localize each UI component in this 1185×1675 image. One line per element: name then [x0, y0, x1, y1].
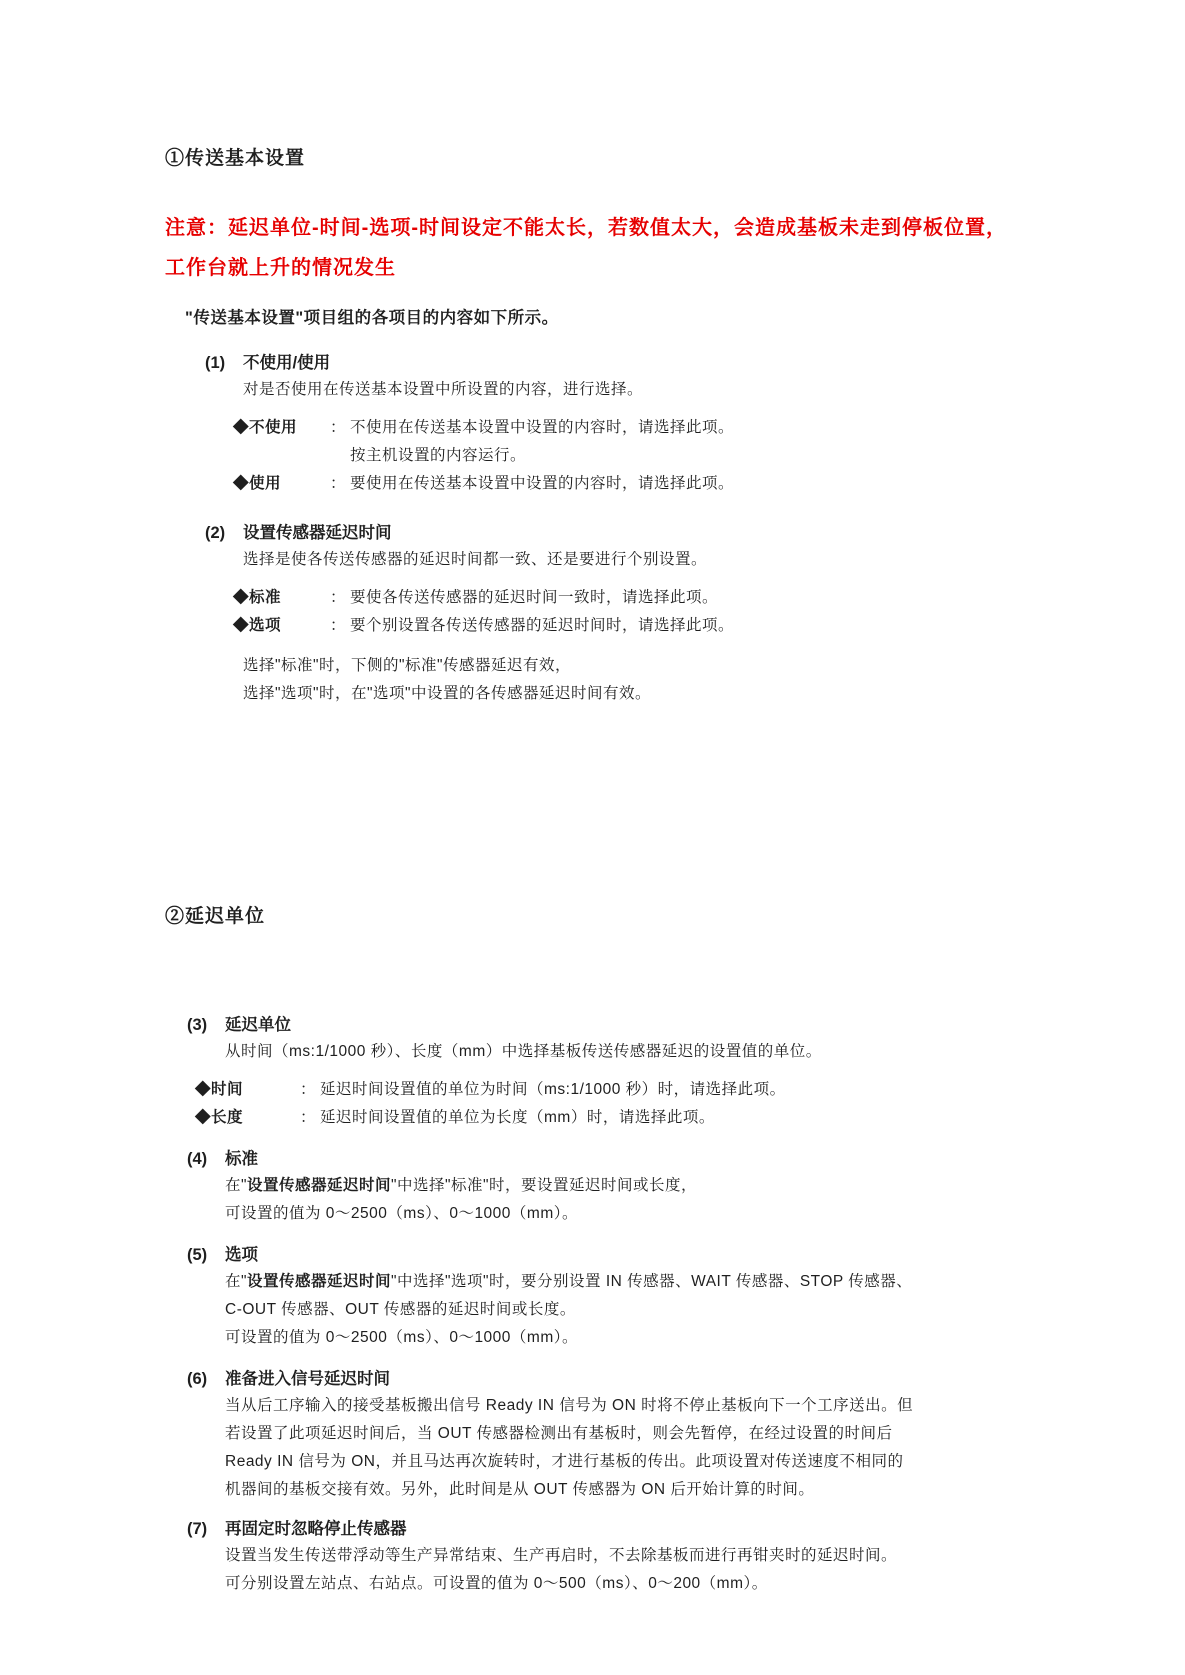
option-colon: ：	[330, 414, 350, 442]
option-label: ◆时间	[195, 1076, 300, 1104]
item-2-options: ◆标准 ： 要使各传送传感器的延迟时间一致时，请选择此项。 ◆选项 ： 要个别设…	[233, 584, 1085, 640]
option-text: 要使用在传送基本设置中设置的内容时，请选择此项。	[350, 470, 1085, 498]
document-page: ①传送基本设置 注意：延迟单位-时间-选项-时间设定不能太长，若数值太大，会造成…	[0, 0, 1185, 1675]
option-colon: ：	[330, 584, 350, 612]
item-5-line1: 在"设置传感器延迟时间"中选择"选项"时，要分别设置 IN 传感器、WAIT 传…	[225, 1268, 1085, 1296]
section1-items: (1) 不使用/使用 对是否使用在传送基本设置中所设置的内容，进行选择。 ◆不使…	[205, 350, 1085, 708]
option-text: 不使用在传送基本设置中设置的内容时，请选择此项。 按主机设置的内容运行。	[350, 414, 1085, 470]
option-colon: ：	[330, 612, 350, 640]
item-6-line3: Ready IN 信号为 ON，并且马达再次旋转时，才进行基板的传出。此项设置对…	[225, 1448, 1085, 1476]
option-label: ◆长度	[195, 1104, 300, 1132]
option-text: 延迟时间设置值的单位为时间（ms:1/1000 秒）时，请选择此项。	[320, 1076, 1085, 1104]
intro-line: "传送基本设置"项目组的各项目的内容如下所示。	[185, 304, 1085, 328]
line-prefix: 在"	[225, 1273, 247, 1290]
option-label: ◆使用	[233, 470, 330, 498]
item-6-line1: 当从后工序输入的接受基板搬出信号 Ready IN 信号为 ON 时将不停止基板…	[225, 1392, 1085, 1420]
item-6-line2: 若设置了此项延迟时间后，当 OUT 传感器检测出有基板时，则会先暂停，在经过设置…	[225, 1420, 1085, 1448]
item-1-desc: 对是否使用在传送基本设置中所设置的内容，进行选择。	[243, 376, 1085, 404]
item-3-desc: 从时间（ms:1/1000 秒）、长度（mm）中选择基板传送传感器延迟的设置值的…	[225, 1038, 1085, 1066]
item-2-number: (2)	[205, 520, 243, 546]
item-7-heading: (7) 再固定时忽略停止传感器	[187, 1516, 1085, 1542]
option-text-line2: 按主机设置的内容运行。	[350, 442, 1085, 470]
item-2-desc: 选择是使各传送传感器的延迟时间都一致、还是要进行个别设置。	[243, 546, 1085, 574]
item-1-heading: (1) 不使用/使用	[205, 350, 1085, 376]
item-5-line2: C-OUT 传感器、OUT 传感器的延迟时间或长度。	[225, 1296, 1085, 1324]
item-5-number: (5)	[187, 1242, 225, 1268]
notice-line1: 注意：延迟单位-时间-选项-时间设定不能太长，若数值太大，会造成基板未走到停板位…	[165, 208, 1085, 248]
item-2-heading: (2) 设置传感器延迟时间	[205, 520, 1085, 546]
item-3-number: (3)	[187, 1012, 225, 1038]
option-label: ◆选项	[233, 612, 330, 640]
item-1-options: ◆不使用 ： 不使用在传送基本设置中设置的内容时，请选择此项。 按主机设置的内容…	[233, 414, 1085, 498]
notice-line2: 工作台就上升的情况发生	[165, 248, 1085, 288]
option-text: 要使各传送传感器的延迟时间一致时，请选择此项。	[350, 584, 1085, 612]
item-5-title: 选项	[225, 1242, 258, 1268]
item-4-body: 在"设置传感器延迟时间"中选择"标准"时，要设置延迟时间或长度， 可设置的值为 …	[225, 1172, 1085, 1228]
section2-items: (3) 延迟单位 从时间（ms:1/1000 秒）、长度（mm）中选择基板传送传…	[187, 1012, 1085, 1598]
item-3-heading: (3) 延迟单位	[187, 1012, 1085, 1038]
item-2-notes: 选择"标准"时，下侧的"标准"传感器延迟有效， 选择"选项"时，在"选项"中设置…	[243, 652, 1085, 708]
item-2: (2) 设置传感器延迟时间 选择是使各传送传感器的延迟时间都一致、还是要进行个别…	[205, 520, 1085, 708]
line-suffix: "中选择"选项"时，要分别设置 IN 传感器、WAIT 传感器、STOP 传感器…	[391, 1273, 912, 1290]
item-6: (6) 准备进入信号延迟时间 当从后工序输入的接受基板搬出信号 Ready IN…	[187, 1366, 1085, 1504]
item-2-title: 设置传感器延迟时间	[243, 520, 392, 546]
option-label: ◆不使用	[233, 414, 330, 442]
item-4-title: 标准	[225, 1146, 258, 1172]
item-6-title: 准备进入信号延迟时间	[225, 1366, 390, 1392]
item-7-title: 再固定时忽略停止传感器	[225, 1516, 407, 1542]
item-4-heading: (4) 标准	[187, 1146, 1085, 1172]
line-bold-term: 设置传感器延迟时间	[247, 1273, 391, 1290]
item-4: (4) 标准 在"设置传感器延迟时间"中选择"标准"时，要设置延迟时间或长度， …	[187, 1146, 1085, 1228]
item-6-line4: 机器间的基板交接有效。另外，此时间是从 OUT 传感器为 ON 后开始计算的时间…	[225, 1476, 1085, 1504]
item-6-heading: (6) 准备进入信号延迟时间	[187, 1366, 1085, 1392]
item-7-body: 设置当发生传送带浮动等生产异常结束、生产再启时，不去除基板而进行再钳夹时的延迟时…	[225, 1542, 1085, 1598]
item-3-title: 延迟单位	[225, 1012, 291, 1038]
item-4-line1: 在"设置传感器延迟时间"中选择"标准"时，要设置延迟时间或长度，	[225, 1172, 1085, 1200]
item-1: (1) 不使用/使用 对是否使用在传送基本设置中所设置的内容，进行选择。 ◆不使…	[205, 350, 1085, 498]
item-6-body: 当从后工序输入的接受基板搬出信号 Ready IN 信号为 ON 时将不停止基板…	[225, 1392, 1085, 1504]
item-5-line3: 可设置的值为 0～2500（ms）、0～1000（mm）。	[225, 1324, 1085, 1352]
option-text: 延迟时间设置值的单位为长度（mm）时，请选择此项。	[320, 1104, 1085, 1132]
item-2-note1: 选择"标准"时，下侧的"标准"传感器延迟有效，	[243, 652, 1085, 680]
section2-heading: ②延迟单位	[165, 901, 1085, 928]
item-3: (3) 延迟单位 从时间（ms:1/1000 秒）、长度（mm）中选择基板传送传…	[187, 1012, 1085, 1132]
item-7: (7) 再固定时忽略停止传感器 设置当发生传送带浮动等生产异常结束、生产再启时，…	[187, 1516, 1085, 1598]
item-1-option-nouse: ◆不使用 ： 不使用在传送基本设置中设置的内容时，请选择此项。 按主机设置的内容…	[233, 414, 1085, 470]
item-4-number: (4)	[187, 1146, 225, 1172]
line-bold-term: 设置传感器延迟时间	[247, 1177, 391, 1194]
item-3-option-time: ◆时间 ： 延迟时间设置值的单位为时间（ms:1/1000 秒）时，请选择此项。	[195, 1076, 1085, 1104]
option-colon: ：	[300, 1104, 320, 1132]
line-prefix: 在"	[225, 1177, 247, 1194]
item-7-number: (7)	[187, 1516, 225, 1542]
item-3-option-length: ◆长度 ： 延迟时间设置值的单位为长度（mm）时，请选择此项。	[195, 1104, 1085, 1132]
item-5: (5) 选项 在"设置传感器延迟时间"中选择"选项"时，要分别设置 IN 传感器…	[187, 1242, 1085, 1352]
option-colon: ：	[330, 470, 350, 498]
section1-heading: ①传送基本设置	[165, 143, 1085, 170]
page-content: ①传送基本设置 注意：延迟单位-时间-选项-时间设定不能太长，若数值太大，会造成…	[0, 0, 1145, 1598]
option-colon: ：	[300, 1076, 320, 1104]
item-1-title: 不使用/使用	[243, 350, 330, 376]
option-text: 要个别设置各传送传感器的延迟时间时，请选择此项。	[350, 612, 1085, 640]
option-label: ◆标准	[233, 584, 330, 612]
item-1-number: (1)	[205, 350, 243, 376]
item-2-option-optional: ◆选项 ： 要个别设置各传送传感器的延迟时间时，请选择此项。	[233, 612, 1085, 640]
item-1-option-use: ◆使用 ： 要使用在传送基本设置中设置的内容时，请选择此项。	[233, 470, 1085, 498]
item-4-line2: 可设置的值为 0～2500（ms）、0～1000（mm）。	[225, 1200, 1085, 1228]
line-suffix: "中选择"标准"时，要设置延迟时间或长度，	[391, 1177, 697, 1194]
item-5-body: 在"设置传感器延迟时间"中选择"选项"时，要分别设置 IN 传感器、WAIT 传…	[225, 1268, 1085, 1352]
item-6-number: (6)	[187, 1366, 225, 1392]
item-3-options: ◆时间 ： 延迟时间设置值的单位为时间（ms:1/1000 秒）时，请选择此项。…	[195, 1076, 1085, 1132]
item-2-option-standard: ◆标准 ： 要使各传送传感器的延迟时间一致时，请选择此项。	[233, 584, 1085, 612]
item-7-line1: 设置当发生传送带浮动等生产异常结束、生产再启时，不去除基板而进行再钳夹时的延迟时…	[225, 1542, 1085, 1570]
option-text-line1: 不使用在传送基本设置中设置的内容时，请选择此项。	[350, 414, 1085, 442]
item-5-heading: (5) 选项	[187, 1242, 1085, 1268]
notice-text: 注意：延迟单位-时间-选项-时间设定不能太长，若数值太大，会造成基板未走到停板位…	[165, 208, 1085, 288]
item-7-line2: 可分别设置左站点、右站点。可设置的值为 0～500（ms）、0～200（mm）。	[225, 1570, 1085, 1598]
item-2-note2: 选择"选项"时，在"选项"中设置的各传感器延迟时间有效。	[243, 680, 1085, 708]
